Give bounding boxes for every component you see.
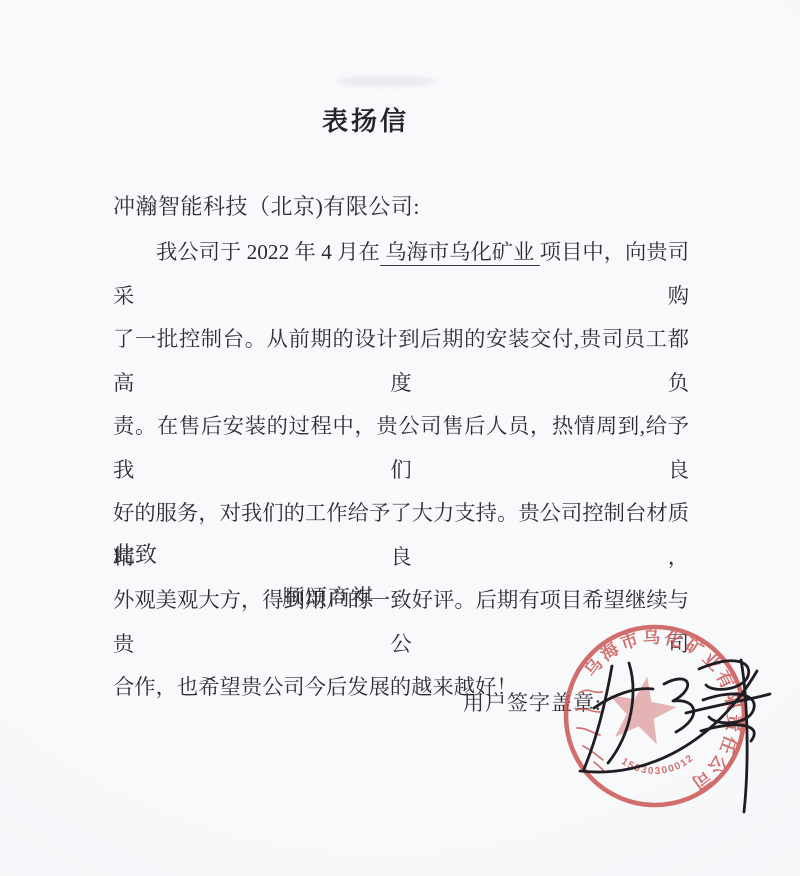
body-text-segment: 了一批控制台。从前期的设计到后期的安装交付,贵司员工都高度负 [113,327,689,395]
scanned-letter-page: 表扬信 冲瀚智能科技（北京)有限公司: 我公司于 2022 年 4 月在 乌海市… [0,0,800,876]
body-text-segment: 好的服务，对我们的工作给予了大力支持。贵公司控制台材质精良， [113,501,689,569]
signature-label: 用户签字盖章: [463,689,602,717]
body-text-segment: 我公司于 2022 年 4 月在 [156,240,380,264]
body-line: 责。在售后安装的过程中，贵公司售后人员，热情周到,给予我们良 [113,405,689,492]
body-line: 合作，也希望贵公司今后发展的越来越好！ [113,666,689,710]
letter-body: 我公司于 2022 年 4 月在 乌海市乌化矿业 项目中，向贵司采购了一批控制台… [113,231,689,710]
body-line: 我公司于 2022 年 4 月在 乌海市乌化矿业 项目中，向贵司采购 [113,231,689,318]
underlined-project-name: 乌海市乌化矿业 [380,240,540,266]
recipient-line: 冲瀚智能科技（北京)有限公司: [113,192,420,222]
body-text-segment: 外观美观大方，得到用户的一致好评。后期有项目希望继续与贵公司 [113,588,689,656]
body-line: 了一批控制台。从前期的设计到后期的安装交付,贵司员工都高度负 [113,318,689,405]
body-line: 外观美观大方，得到用户的一致好评。后期有项目希望继续与贵公司 [113,579,689,666]
body-text-segment: 合作，也希望贵公司今后发展的越来越好！ [113,675,518,699]
regards-line: 顺颂商祺 [282,583,374,613]
body-text-segment: 责。在售后安装的过程中，贵公司售后人员，热情周到,给予我们良 [113,414,689,482]
letter-title: 表扬信 [322,101,409,138]
scan-smudge [336,76,436,87]
body-line: 好的服务，对我们的工作给予了大力支持。贵公司控制台材质精良， [113,492,689,579]
closing-cizhi: 此致 [113,540,157,570]
